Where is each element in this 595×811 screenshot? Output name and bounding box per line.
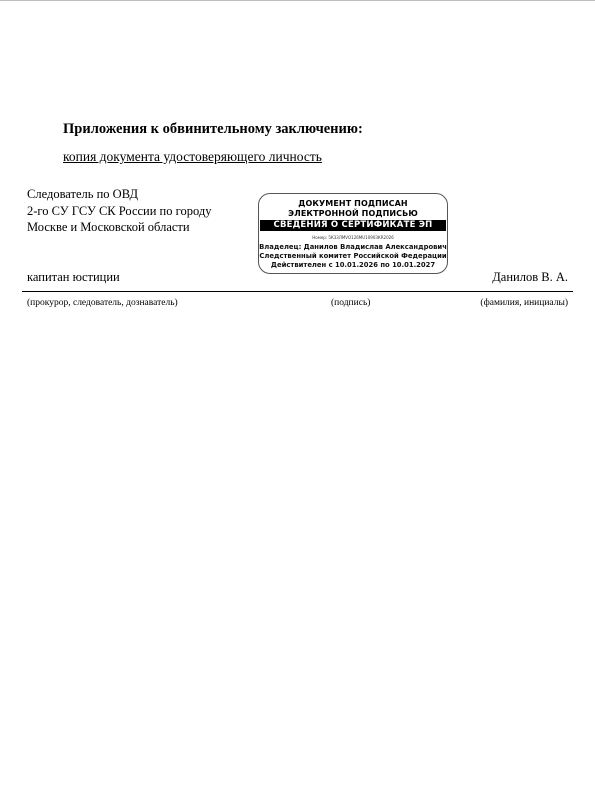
caption-role: (прокурор, следователь, дознаватель) [27,298,178,308]
page-top-border [0,0,595,1]
stamp-details: Владелец: Данилов Владислав Александрови… [259,243,447,270]
caption-name: (фамилия, инициалы) [480,298,568,308]
stamp-header-line: ЭЛЕКТРОННОЙ ПОДПИСЬЮ [259,209,447,219]
caption-signature: (подпись) [331,298,370,308]
attachment-item: копия документа удостоверяющего личность [63,149,322,165]
signer-position: Следователь по ОВД 2-го СУ ГСУ СК России… [27,186,211,236]
stamp-header-line: ДОКУМЕНТ ПОДПИСАН [259,199,447,209]
stamp-owner: Владелец: Данилов Владислав Александрови… [259,243,447,252]
position-line: 2-го СУ ГСУ СК России по городу [27,203,211,220]
attachments-heading: Приложения к обвинительному заключению: [63,121,363,138]
signer-name: Данилов В. А. [492,270,568,285]
electronic-signature-stamp: ДОКУМЕНТ ПОДПИСАН ЭЛЕКТРОННОЙ ПОДПИСЬЮ С… [258,193,448,274]
stamp-certificate-number: Номер: 5К33ЛМVО126МU1090ЗКR2026 [259,235,447,241]
signer-rank: капитан юстиции [27,270,120,285]
stamp-header: ДОКУМЕНТ ПОДПИСАН ЭЛЕКТРОННОЙ ПОДПИСЬЮ [259,199,447,219]
position-line: Следователь по ОВД [27,186,211,203]
stamp-validity: Действителен с 10.01.2026 по 10.01.2027 [259,261,447,270]
stamp-certificate-bar: СВЕДЕНИЯ О СЕРТИФИКАТЕ ЭП [260,220,446,231]
stamp-organization: Следственный комитет Российской Федераци… [259,252,447,261]
signature-line [22,291,573,292]
position-line: Москве и Московской области [27,219,211,236]
